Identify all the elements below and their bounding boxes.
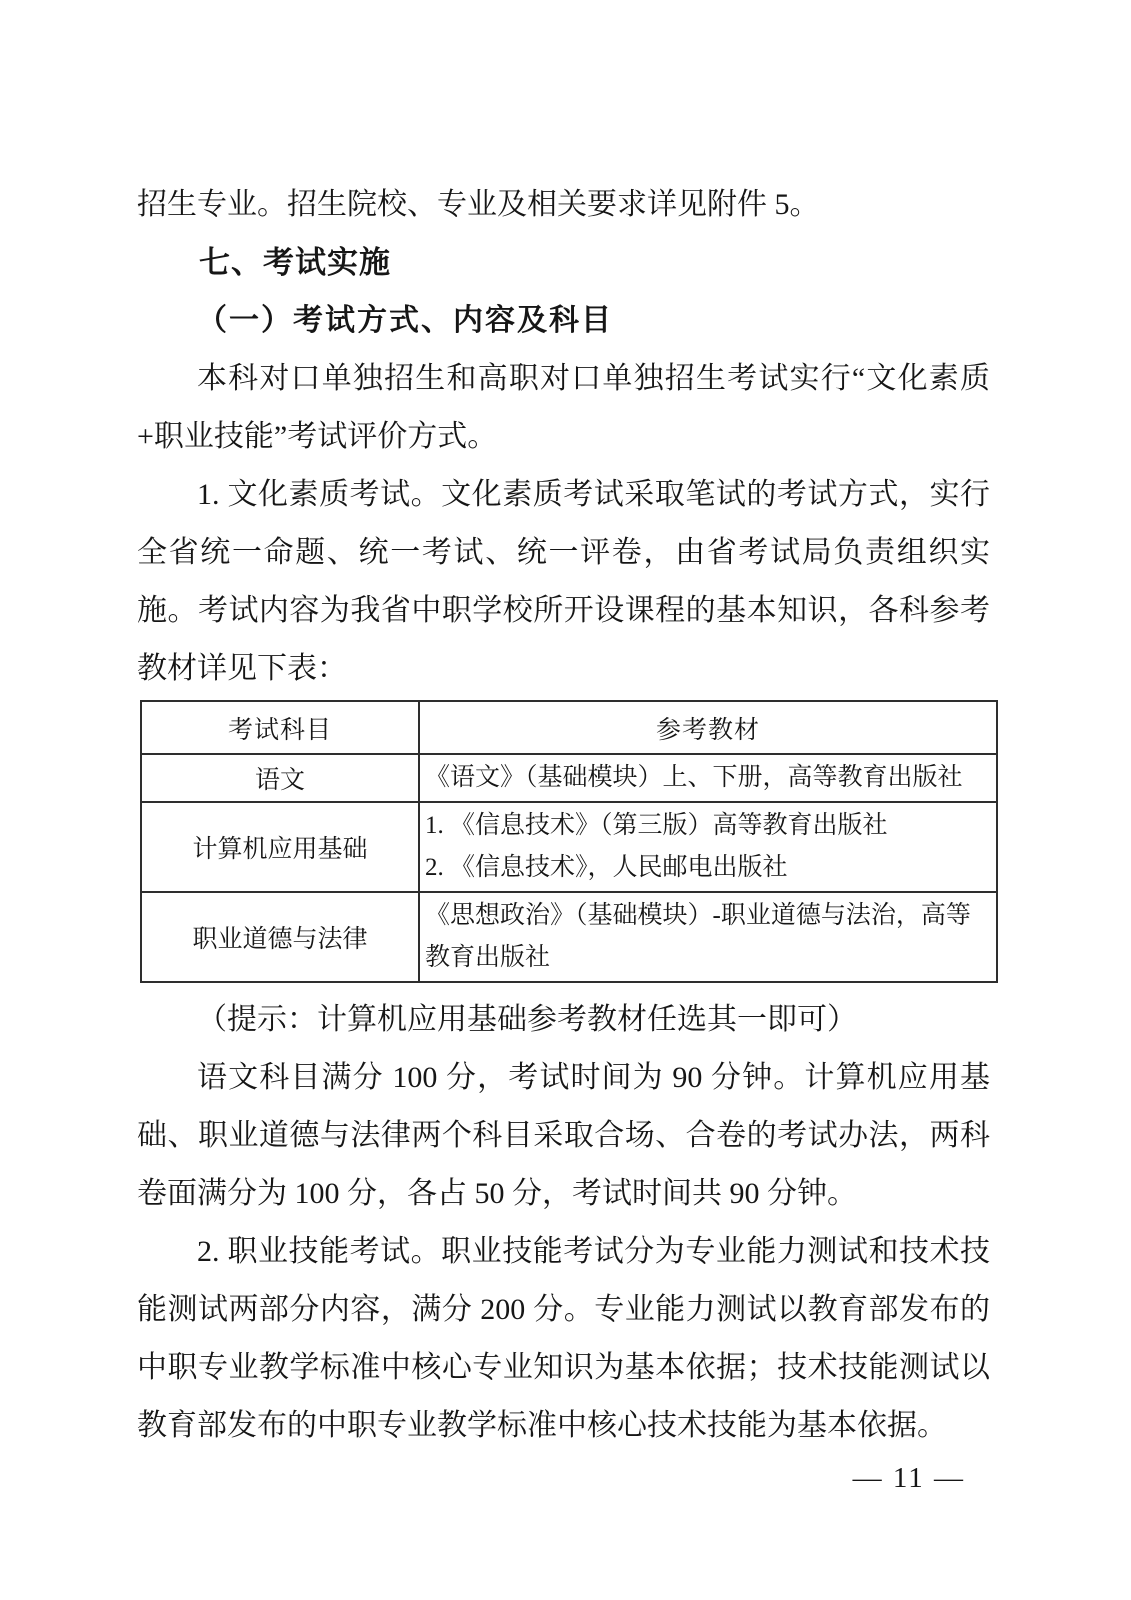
table-row-ethics-law: 职业道德与法律 《思想政治》（基础模块）-职业道德与法治，高等教育出版社	[141, 892, 997, 982]
subject-cell: 语文	[141, 754, 419, 802]
materials-cell: 《语文》（基础模块）上、下册，高等教育出版社	[419, 754, 997, 802]
note-paragraph: （提示：计算机应用基础参考教材任选其一即可）	[137, 991, 990, 1049]
table-header-materials: 参考教材	[419, 701, 997, 754]
subject-cell: 职业道德与法律	[141, 892, 419, 982]
materials-cell: 《思想政治》（基础模块）-职业道德与法治，高等教育出版社	[419, 892, 997, 982]
materials-line: 《思想政治》（基础模块）-职业道德与法治，高等教育出版社	[425, 895, 993, 979]
paragraph-exam-mode: 本科对口单独招生和高职对口单独招生考试实行“文化素质+职业技能”考试评价方式。	[137, 350, 990, 466]
table-header-row: 考试科目 参考教材	[141, 701, 997, 754]
paragraph-scores: 语文科目满分 100 分，考试时间为 90 分钟。计算机应用基础、职业道德与法律…	[137, 1049, 990, 1223]
reference-materials-table: 考试科目 参考教材 语文 《语文》（基础模块）上、下册，高等教育出版社 计算机应…	[140, 700, 998, 983]
page-number: — 11 —	[853, 1458, 965, 1498]
document-page: 招生专业。招生院校、专业及相关要求详见附件 5。 七、考试实施 （一）考试方式、…	[0, 0, 1131, 1600]
intro-paragraph: 招生专业。招生院校、专业及相关要求详见附件 5。	[137, 176, 990, 234]
paragraph-skill-exam: 2. 职业技能考试。职业技能考试分为专业能力测试和技术技能测试两部分内容，满分 …	[137, 1223, 990, 1455]
materials-cell: 1. 《信息技术》（第三版）高等教育出版社 2. 《信息技术》，人民邮电出版社	[419, 802, 997, 892]
section-heading: 七、考试实施	[137, 234, 990, 292]
page-content: 招生专业。招生院校、专业及相关要求详见附件 5。 七、考试实施 （一）考试方式、…	[137, 176, 990, 1455]
paragraph-culture-exam: 1. 文化素质考试。文化素质考试采取笔试的考试方式，实行全省统一命题、统一考试、…	[137, 466, 990, 698]
subsection-heading: （一）考试方式、内容及科目	[137, 292, 990, 350]
materials-line: 《语文》（基础模块）上、下册，高等教育出版社	[425, 757, 993, 799]
table-row-computer-basics: 计算机应用基础 1. 《信息技术》（第三版）高等教育出版社 2. 《信息技术》，…	[141, 802, 997, 892]
materials-line: 2. 《信息技术》，人民邮电出版社	[425, 847, 993, 889]
table-header-subject: 考试科目	[141, 701, 419, 754]
subject-cell: 计算机应用基础	[141, 802, 419, 892]
materials-line: 1. 《信息技术》（第三版）高等教育出版社	[425, 805, 993, 847]
table-row-chinese: 语文 《语文》（基础模块）上、下册，高等教育出版社	[141, 754, 997, 802]
